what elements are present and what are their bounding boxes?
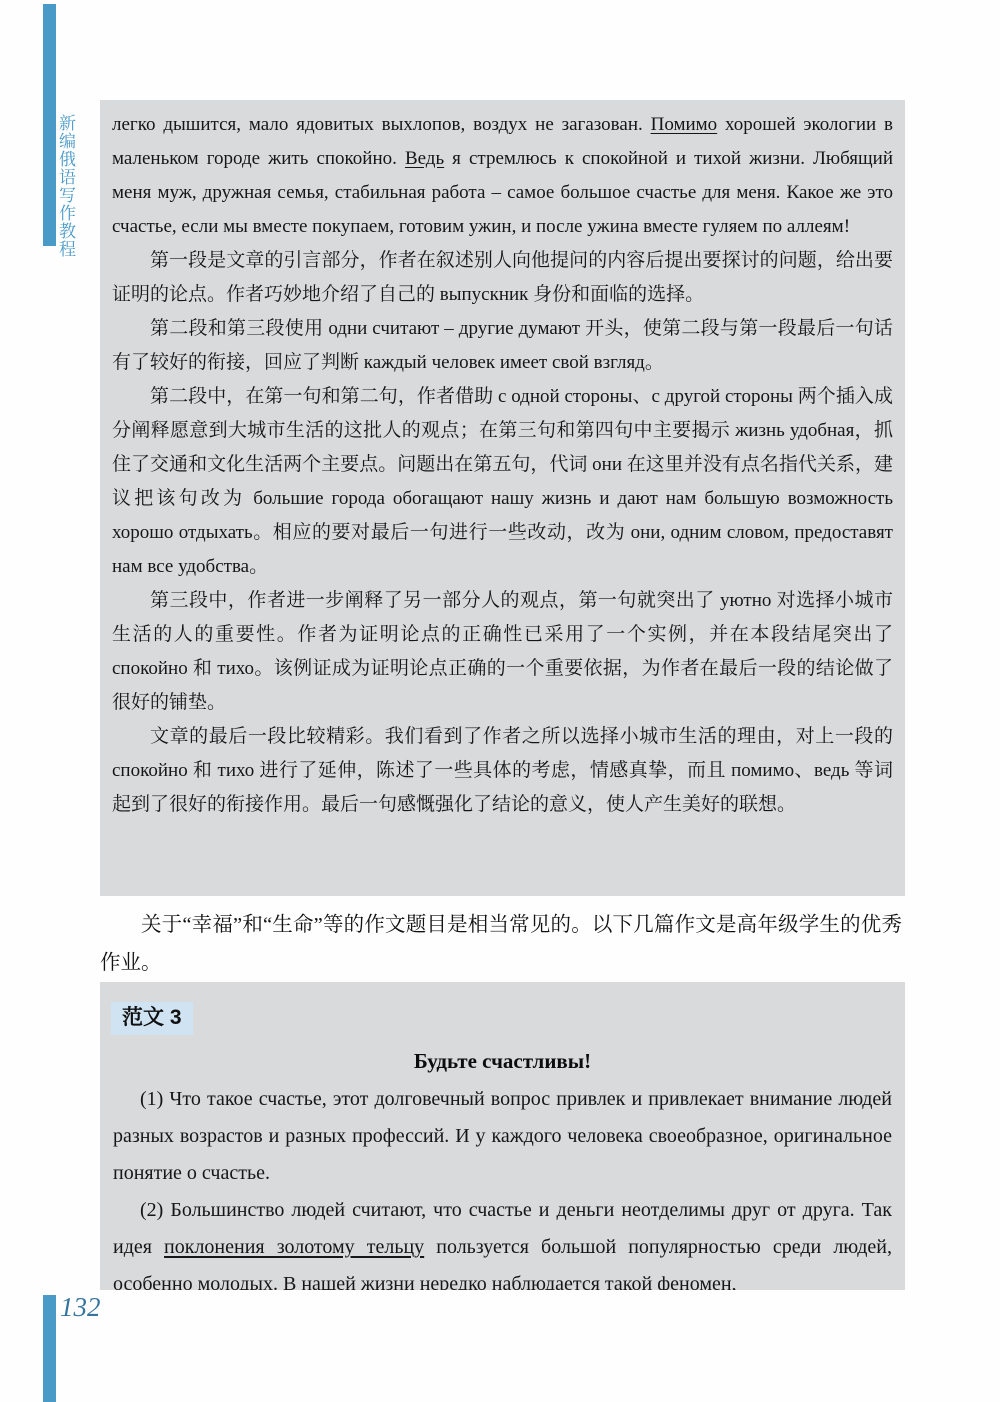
footer-accent-bar [43, 1295, 56, 1402]
sample-essay-block: 范文 3 Будьте счастливы! (1) Что такое сча… [100, 982, 905, 1290]
text-run: 第三段中，作者进一步阐释了另一部分人的观点，第一句就突出了 уютно 对选择小… [112, 590, 893, 713]
essay-body: (1) Что такое счастье, этот долговечный … [100, 1081, 905, 1290]
paragraph: 第二段和第三段使用 одни считают – другие думают 开… [112, 312, 893, 380]
underlined-text: поклонения золотому тельцу [164, 1236, 424, 1258]
paragraph: легко дышится, мало ядовитых выхлопов, в… [112, 108, 893, 244]
text-run: легко дышится, мало ядовитых выхлопов, в… [112, 114, 651, 135]
paragraph: (2) Большинство людей считают, что счаст… [100, 1192, 905, 1290]
page-number: 132 [60, 1292, 101, 1323]
text-run: 第二段和第三段使用 одни считают – другие думают 开… [112, 318, 893, 373]
text-run: 文章的最后一段比较精彩。我们看到了作者之所以选择小城市生活的理由，对上一段的 с… [112, 726, 893, 815]
text-run: 第一段是文章的引言部分，作者在叙述别人向他提问的内容后提出要探讨的问题，给出要证… [112, 250, 893, 305]
text-run: 第二段中，在第一句和第二句，作者借助 с одной стороны、с дру… [112, 386, 893, 577]
paragraph: 文章的最后一段比较精彩。我们看到了作者之所以选择小城市生活的理由，对上一段的 с… [112, 720, 893, 822]
underlined-text: феномен, [657, 1273, 736, 1290]
essay-title: Будьте счастливы! [100, 1048, 905, 1074]
analysis-block: легко дышится, мало ядовитых выхлопов, в… [100, 100, 905, 896]
paragraph: (1) Что такое счастье, этот долговечный … [100, 1081, 905, 1192]
paragraph: 第二段中，在第一句和第二句，作者借助 с одной стороны、с дру… [112, 380, 893, 584]
sample-label-badge: 范文 3 [111, 1002, 193, 1035]
book-title-vertical: 新编俄语写作教程 [55, 114, 75, 258]
text-run: (1) Что такое счастье, этот долговечный … [113, 1088, 892, 1184]
paragraph: 第一段是文章的引言部分，作者在叙述别人向他提问的内容后提出要探讨的问题，给出要证… [112, 244, 893, 312]
book-page: 新编俄语写作教程 легко дышится, мало ядовитых вы… [0, 0, 1000, 1402]
underlined-text: Ведь [405, 148, 444, 169]
intro-paragraph: 关于“幸福”和“生命”等的作文题目是相当常见的。以下几篇作文是高年级学生的优秀作… [100, 906, 902, 982]
underlined-text: Помимо [651, 114, 718, 135]
paragraph: 第三段中，作者进一步阐释了另一部分人的观点，第一句就突出了 уютно 对选择小… [112, 584, 893, 720]
